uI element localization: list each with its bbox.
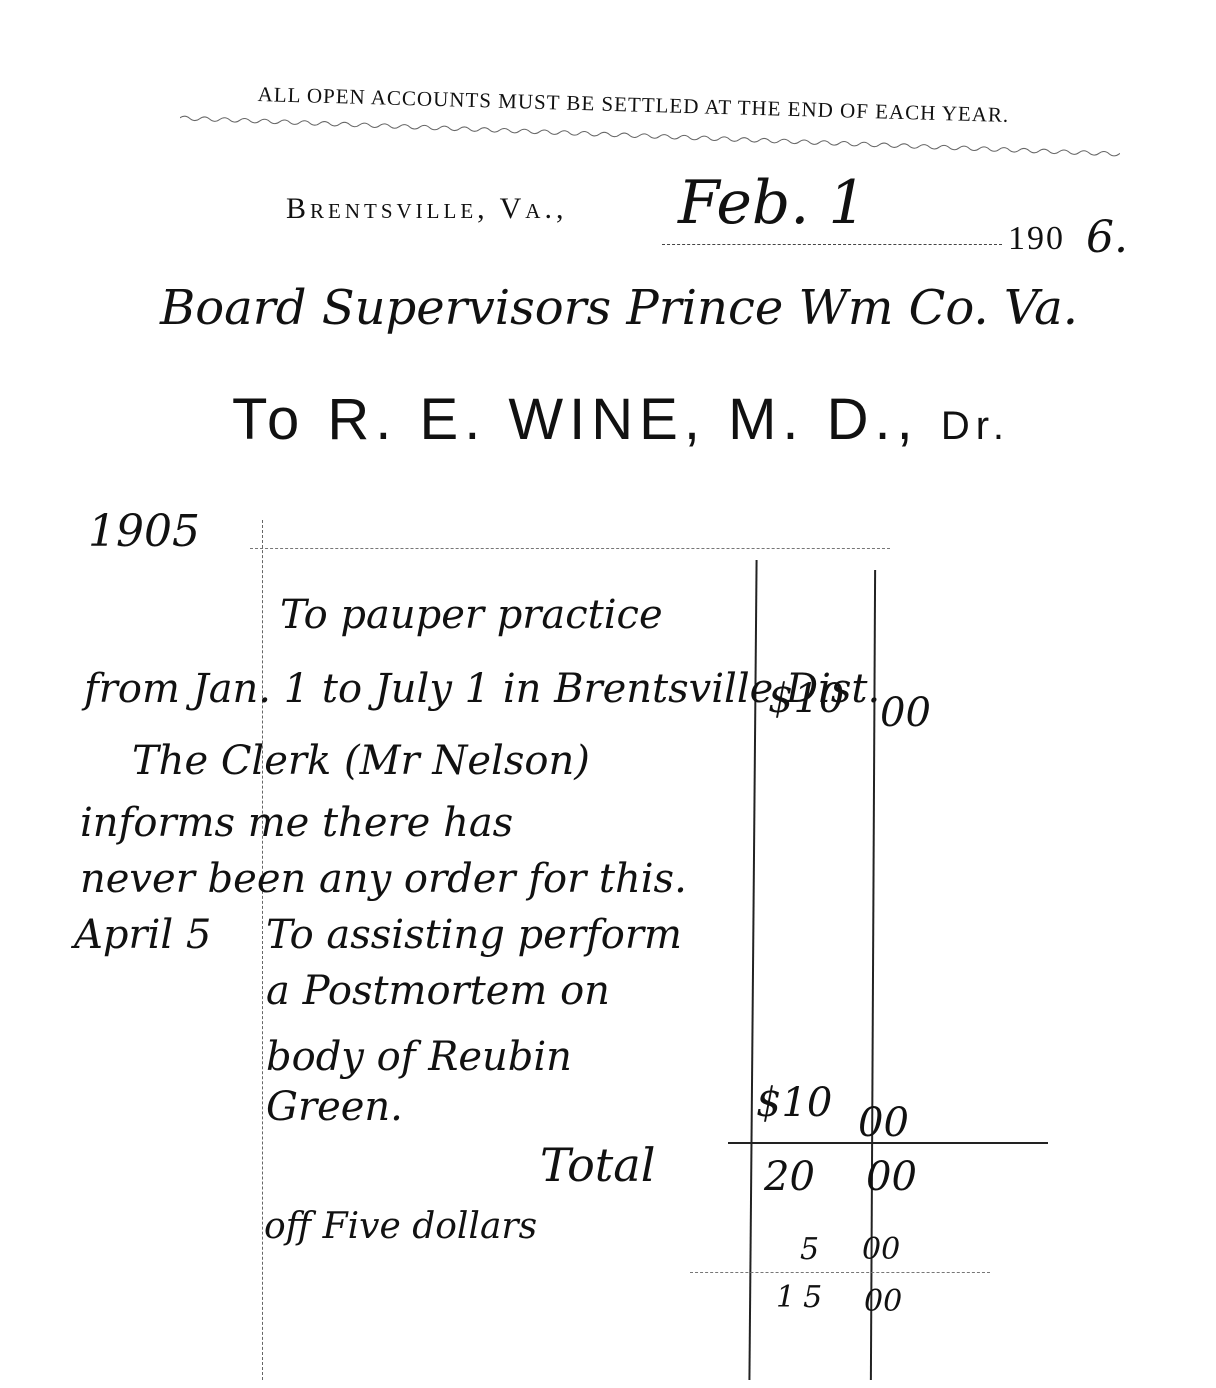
entry-1-dollars: $10 bbox=[768, 676, 844, 722]
balance-rule bbox=[690, 1272, 990, 1273]
entry-2-line-1: The Clerk (Mr Nelson) bbox=[132, 738, 590, 784]
year-handwritten: 6. bbox=[1086, 212, 1128, 263]
entry-3-line-2: a Postmortem on bbox=[266, 968, 610, 1014]
year-printed: 190 bbox=[1008, 220, 1065, 258]
entry-2-line-3: never been any order for this. bbox=[80, 856, 687, 902]
balance-cents: 00 bbox=[864, 1284, 902, 1319]
entry-3-line-3: body of Reubin bbox=[266, 1034, 572, 1080]
billed-by-prefix: To bbox=[232, 387, 305, 452]
total-cents: 00 bbox=[866, 1154, 917, 1200]
total-dollars: 20 bbox=[764, 1154, 815, 1200]
entry-3-line-1: To assisting perform bbox=[266, 912, 682, 958]
entry-3-dollars: $10 bbox=[756, 1080, 832, 1126]
deduction-dollars: 5 bbox=[800, 1232, 819, 1267]
billed-by-name: R. E. WINE, M. D., bbox=[327, 387, 918, 452]
date-column-divider bbox=[262, 520, 263, 1380]
entry-3-date: April 5 bbox=[74, 912, 211, 958]
billed-by-line: To R. E. WINE, M. D., Dr. bbox=[232, 386, 1010, 453]
entry-1-line-2: from Jan. 1 to July 1 in Brentsville Dis… bbox=[84, 666, 880, 712]
date-line bbox=[662, 244, 1002, 245]
date-handwritten: Feb. 1 bbox=[678, 168, 867, 238]
deduction-cents: 00 bbox=[862, 1232, 900, 1267]
entry-3-cents: 00 bbox=[858, 1100, 909, 1146]
deduction-label: off Five dollars bbox=[264, 1206, 537, 1247]
entry-1-line-1: To pauper practice bbox=[280, 592, 663, 638]
ledger-header-rule bbox=[250, 548, 890, 549]
subtotal-rule bbox=[728, 1142, 1048, 1144]
total-label: Total bbox=[540, 1138, 655, 1192]
entry-1-cents: 00 bbox=[880, 690, 931, 736]
entry-2-line-2: informs me there has bbox=[80, 800, 513, 846]
city-label: Brentsville, Va., bbox=[286, 192, 567, 226]
recipient-handwritten: Board Supervisors Prince Wm Co. Va. bbox=[160, 280, 1078, 336]
wavy-divider bbox=[180, 110, 1120, 158]
billed-by-suffix: Dr. bbox=[941, 404, 1010, 448]
balance-dollars: 15 bbox=[776, 1280, 830, 1315]
ledger-year: 1905 bbox=[88, 506, 200, 557]
entry-3-line-4: Green. bbox=[266, 1084, 403, 1130]
